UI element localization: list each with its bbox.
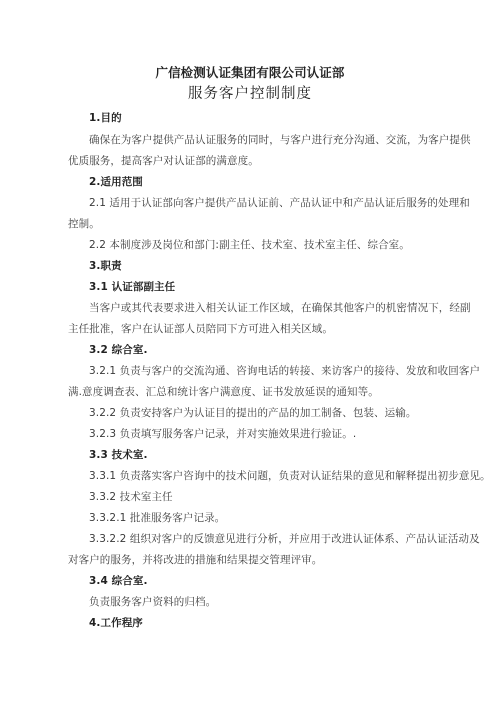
section-3-3-heading: 3.3 技术室. [89,448,148,462]
section-3-3-1-paragraph: 3.3.1 负责落实客户咨询中的技术问题，负责对认证结果的意见和解释提出初步意见… [89,469,491,483]
section-1-heading: 1.目的 [89,111,122,125]
section-3-2-heading: 3.2 综合室. [89,343,148,357]
document-title: 服务客户控制制度 [0,87,500,101]
section-3-2-3-paragraph: 3.2.3 负责填写服务客户记录，并对实施效果进行验证。. [89,427,356,441]
section-3-1-heading: 3.1 认证部副主任 [89,280,175,294]
section-3-3-2-2-paragraph-cont: 对客户的服务，并将改进的措施和结果提交管理评审。 [68,553,322,567]
section-1-paragraph-cont: 优质服务，提高客户对认证部的满意度。 [68,154,259,168]
section-2-heading: 2.适用范围 [89,175,143,189]
document-page: 广信检测认证集团有限公司认证部 服务客户控制制度 1.目的 确保在为客户提供产品… [0,0,500,707]
section-3-2-1-paragraph-cont: 满.意度调查表、汇总和统计客户满意度、证书发放延误的通知等。 [68,385,379,399]
section-3-2-1-paragraph: 3.2.1 负责与客户的交流沟通、咨询电话的转接、来访客户的接待、发放和收回客户 [89,364,480,378]
section-3-3-2-2-paragraph: 3.3.2.2 组织对客户的反馈意见进行分析，并应用于改进认证体系、产品认证活动… [89,532,480,546]
section-3-1-paragraph: 当客户或其代表要求进入相关认证工作区域，在确保其他客户的机密情况下，经副 [89,301,471,315]
section-2-1-paragraph: 2.1 适用于认证部向客户提供产品认证前、产品认证中和产品认证后服务的处理和 [89,196,470,210]
section-3-4-paragraph: 负责服务客户资料的归档。 [89,595,216,609]
section-2-1-paragraph-cont: 控制。 [68,217,100,231]
section-3-3-2-1-paragraph: 3.3.2.1 批准服务客户记录。 [89,511,225,525]
section-3-heading: 3.职责 [89,259,122,273]
section-1-paragraph: 确保在为客户提供产品认证服务的同时，与客户进行充分沟通、交流，为客户提供 [89,133,471,147]
section-4-heading: 4.工作程序 [89,616,143,630]
org-title: 广信检测认证集团有限公司认证部 [0,66,500,80]
section-3-4-heading: 3.4 综合室. [89,574,148,588]
section-3-3-2-paragraph: 3.3.2 技术室主任 [89,490,173,504]
section-3-1-paragraph-cont: 主任批准，客户在认证部人员陪同下方可进入相关区域。 [68,322,333,336]
section-3-2-2-paragraph: 3.2.2 负责安持客户为认证目的提出的产品的加工制备、包装、运输。 [89,406,416,420]
section-2-2-paragraph: 2.2 本制度涉及岗位和部门:副主任、技术室、技术室主任、综合室。 [89,238,410,252]
